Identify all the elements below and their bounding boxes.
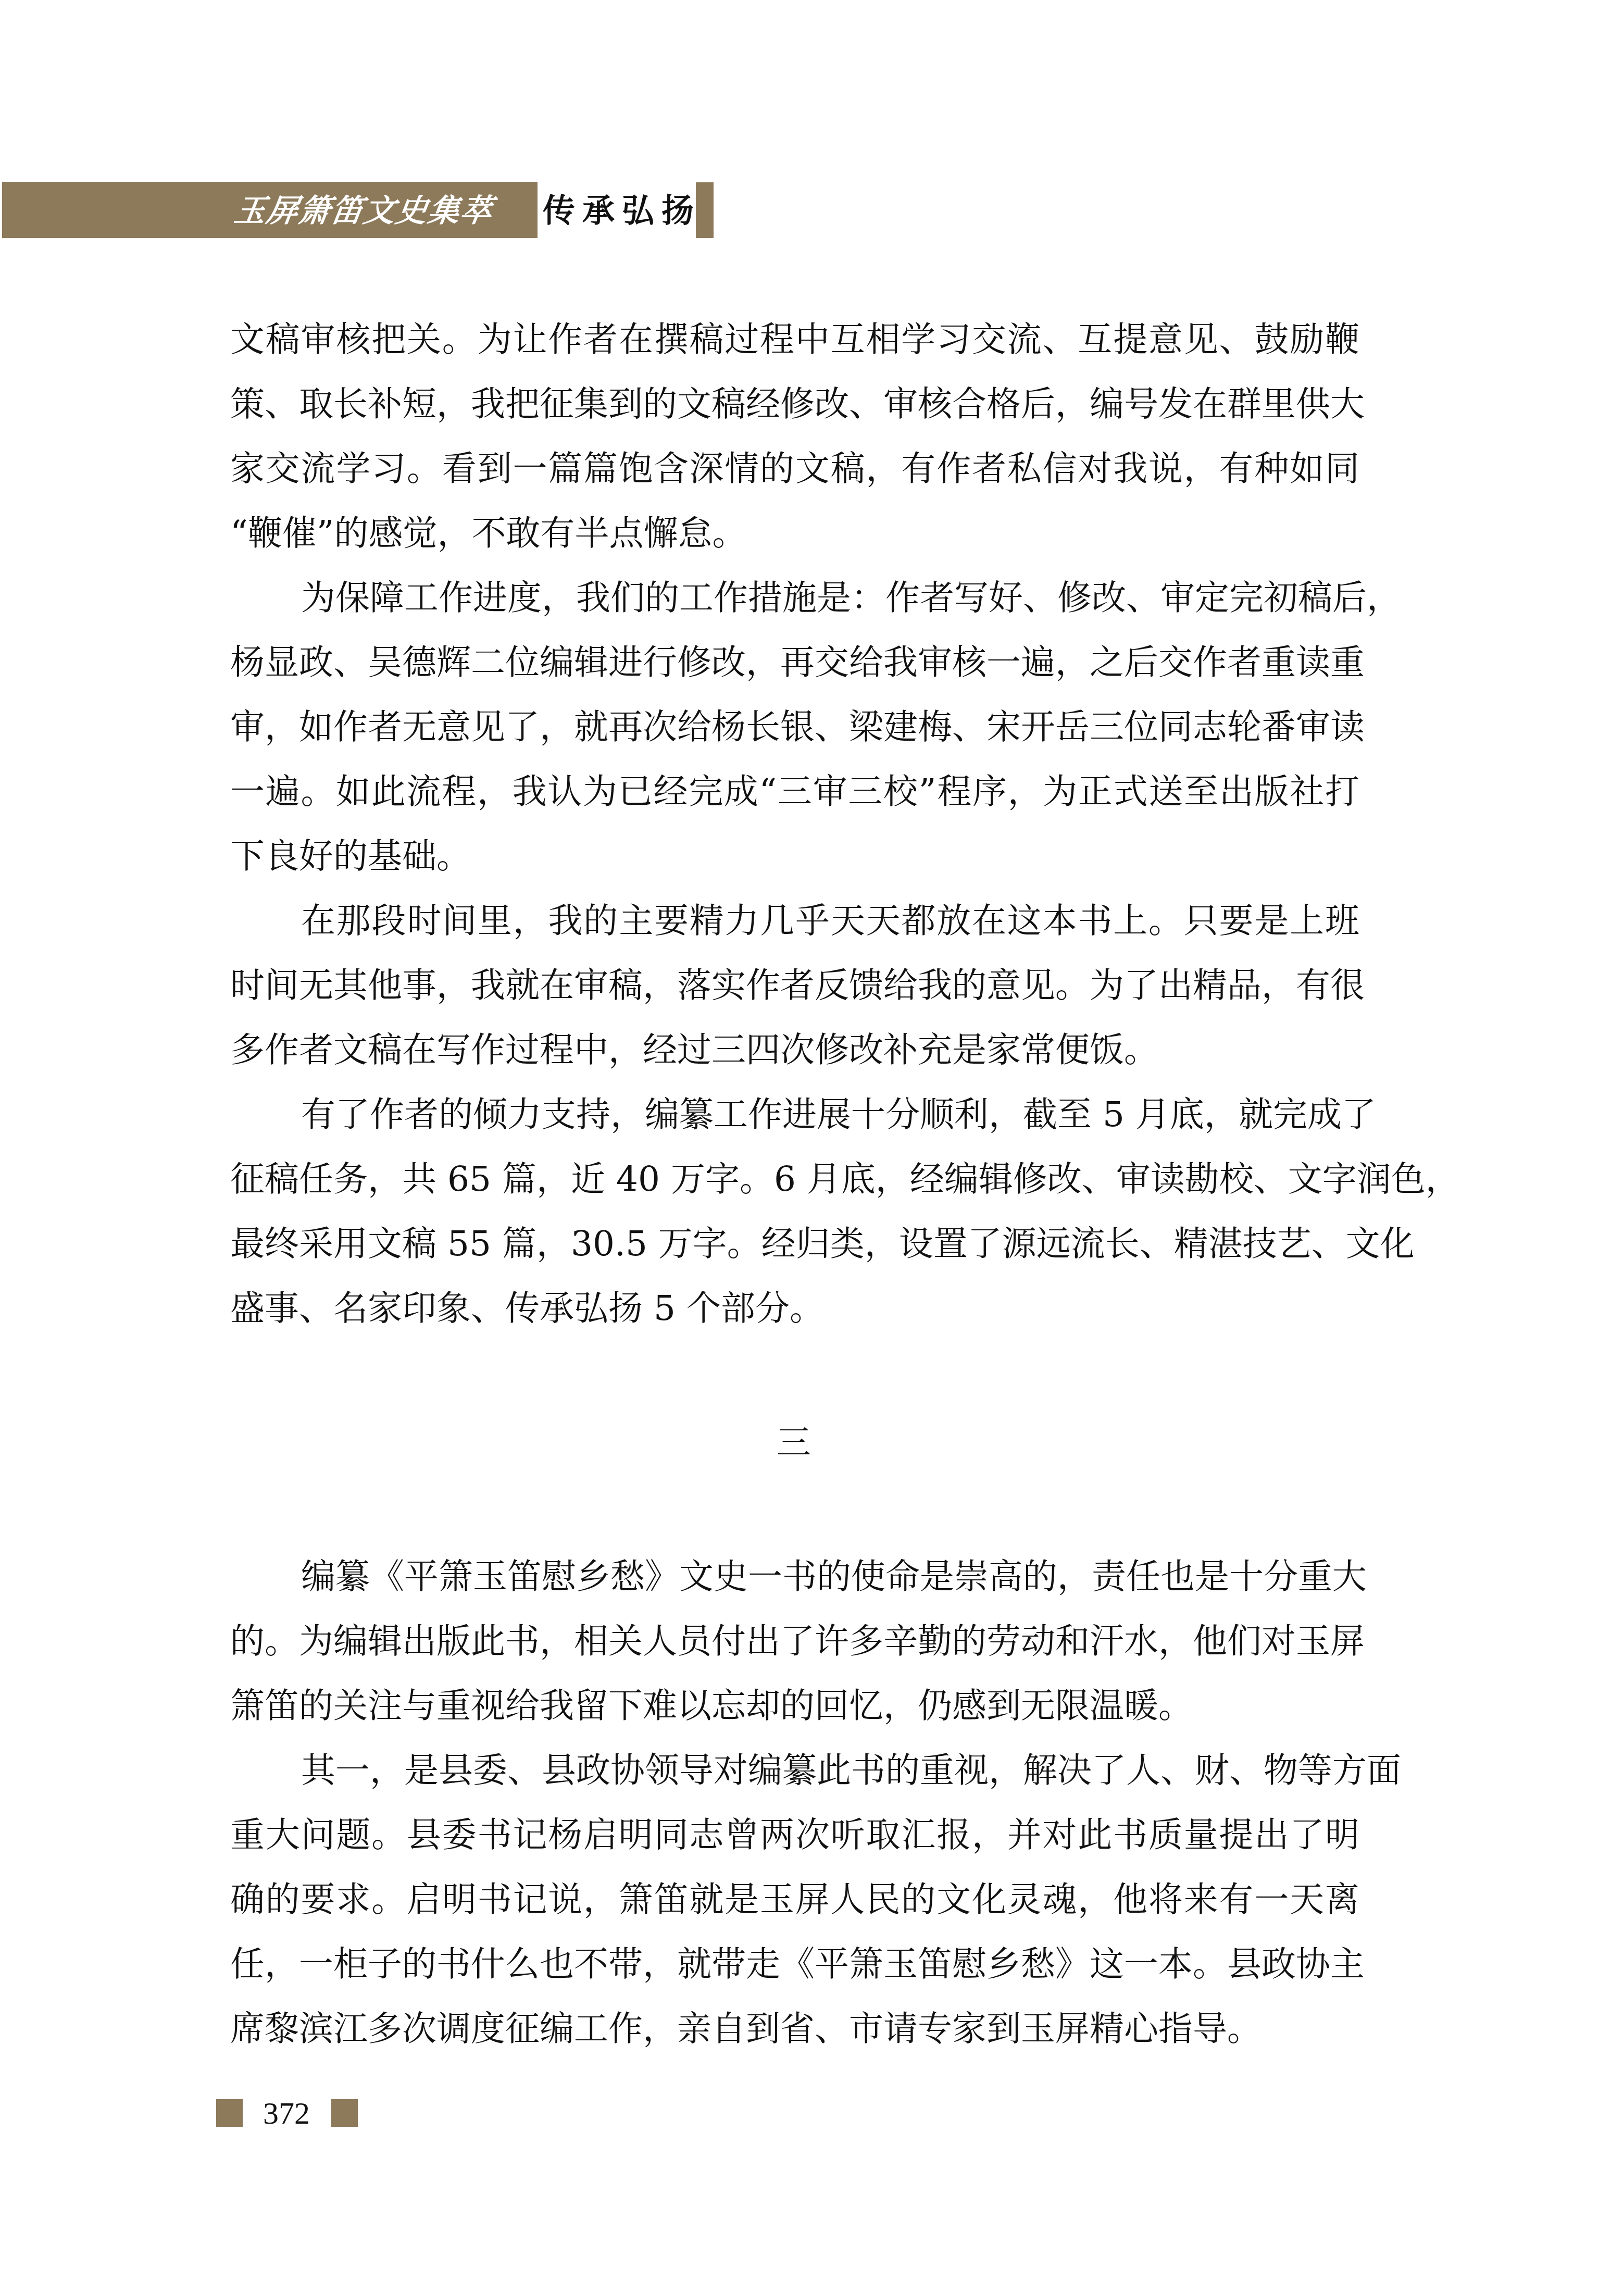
text-line: “鞭催”的感觉，不敢有半点懈怠。 [230,516,1359,551]
text-line: 征稿任务，共 65 篇，近 40 万字。6 月底，经编辑修改、审读勘校、文字润色… [230,1162,1359,1197]
text-line: 审，如作者无意见了，就再次给杨长银、梁建梅、宋开岳三位同志轮番审读 [230,709,1359,745]
text-line: 确的要求。启明书记说，箫笛就是玉屏人民的文化灵魂，他将来有一天离 [230,1882,1359,1917]
text-line: 最终采用文稿 55 篇，30.5 万字。经归类，设置了源远流长、精湛技艺、文化 [230,1226,1359,1262]
text-line: 箫笛的关注与重视给我留下难以忘却的回忆，仍感到无限温暖。 [230,1688,1359,1724]
text-line: 家交流学习。看到一篇篇饱含深情的文稿，有作者私信对我说，有种如同 [230,451,1359,487]
text-line: 时间无其他事，我就在审稿，落实作者反馈给我的意见。为了出精品，有很 [230,968,1359,1003]
text-line: 一遍。如此流程，我认为已经完成“三审三校”程序，为正式送至出版社打 [230,774,1359,809]
page-number: 372 [259,2095,314,2131]
header-accent-bar [696,182,714,238]
book-page: 玉屏箫笛文史集萃 传承弘扬 文稿审核把关。为让作者在撰稿过程中互相学习交流、互提… [0,0,1624,2269]
text-line: 重大问题。县委书记杨启明同志曾两次听取汇报，并对此书质量提出了明 [230,1817,1359,1853]
text-line: 多作者文稿在写作过程中，经过三四次修改补充是家常便饭。 [230,1032,1359,1068]
text-line: 其一，是县委、县政协领导对编纂此书的重视，解决了人、财、物等方面 [301,1753,1359,1788]
book-title-calligraphy: 玉屏箫笛文史集萃 [231,185,504,237]
text-line: 任，一柜子的书什么也不带，就带走《平箫玉笛慰乡愁》这一本。县政协主 [230,1947,1359,1982]
text-line: 下良好的基础。 [230,839,1359,874]
text-line: 席黎滨江多次调度征编工作，亲自到省、市请专家到玉屏精心指导。 [230,2011,1359,2047]
folio-square-left [216,2099,243,2127]
section-heading: 三 [775,1424,813,1462]
text-line: 编纂《平箫玉笛慰乡愁》文史一书的使命是崇高的，责任也是十分重大 [301,1559,1359,1594]
text-line: 有了作者的倾力支持，编纂工作进展十分顺利，截至 5 月底，就完成了 [301,1097,1359,1132]
text-line: 盛事、名家印象、传承弘扬 5 个部分。 [230,1291,1359,1326]
text-line: 在那段时间里，我的主要精力几乎天天都放在这本书上。只要是上班 [301,903,1359,939]
text-line: 文稿审核把关。为让作者在撰稿过程中互相学习交流、互提意见、鼓励鞭 [230,322,1359,357]
folio-square-right [331,2099,358,2127]
text-line: 为保障工作进度，我们的工作措施是：作者写好、修改、审定完初稿后， [301,580,1359,616]
text-line: 策、取长补短，我把征集到的文稿经修改、审核合格后，编号发在群里供大 [230,387,1359,422]
text-line: 的。为编辑出版此书，相关人员付出了许多辛勤的劳动和汗水，他们对玉屏 [230,1624,1359,1659]
text-line: 杨显政、吴德辉二位编辑进行修改，再交给我审核一遍，之后交作者重读重 [230,645,1359,680]
section-title: 传承弘扬 [543,185,701,237]
